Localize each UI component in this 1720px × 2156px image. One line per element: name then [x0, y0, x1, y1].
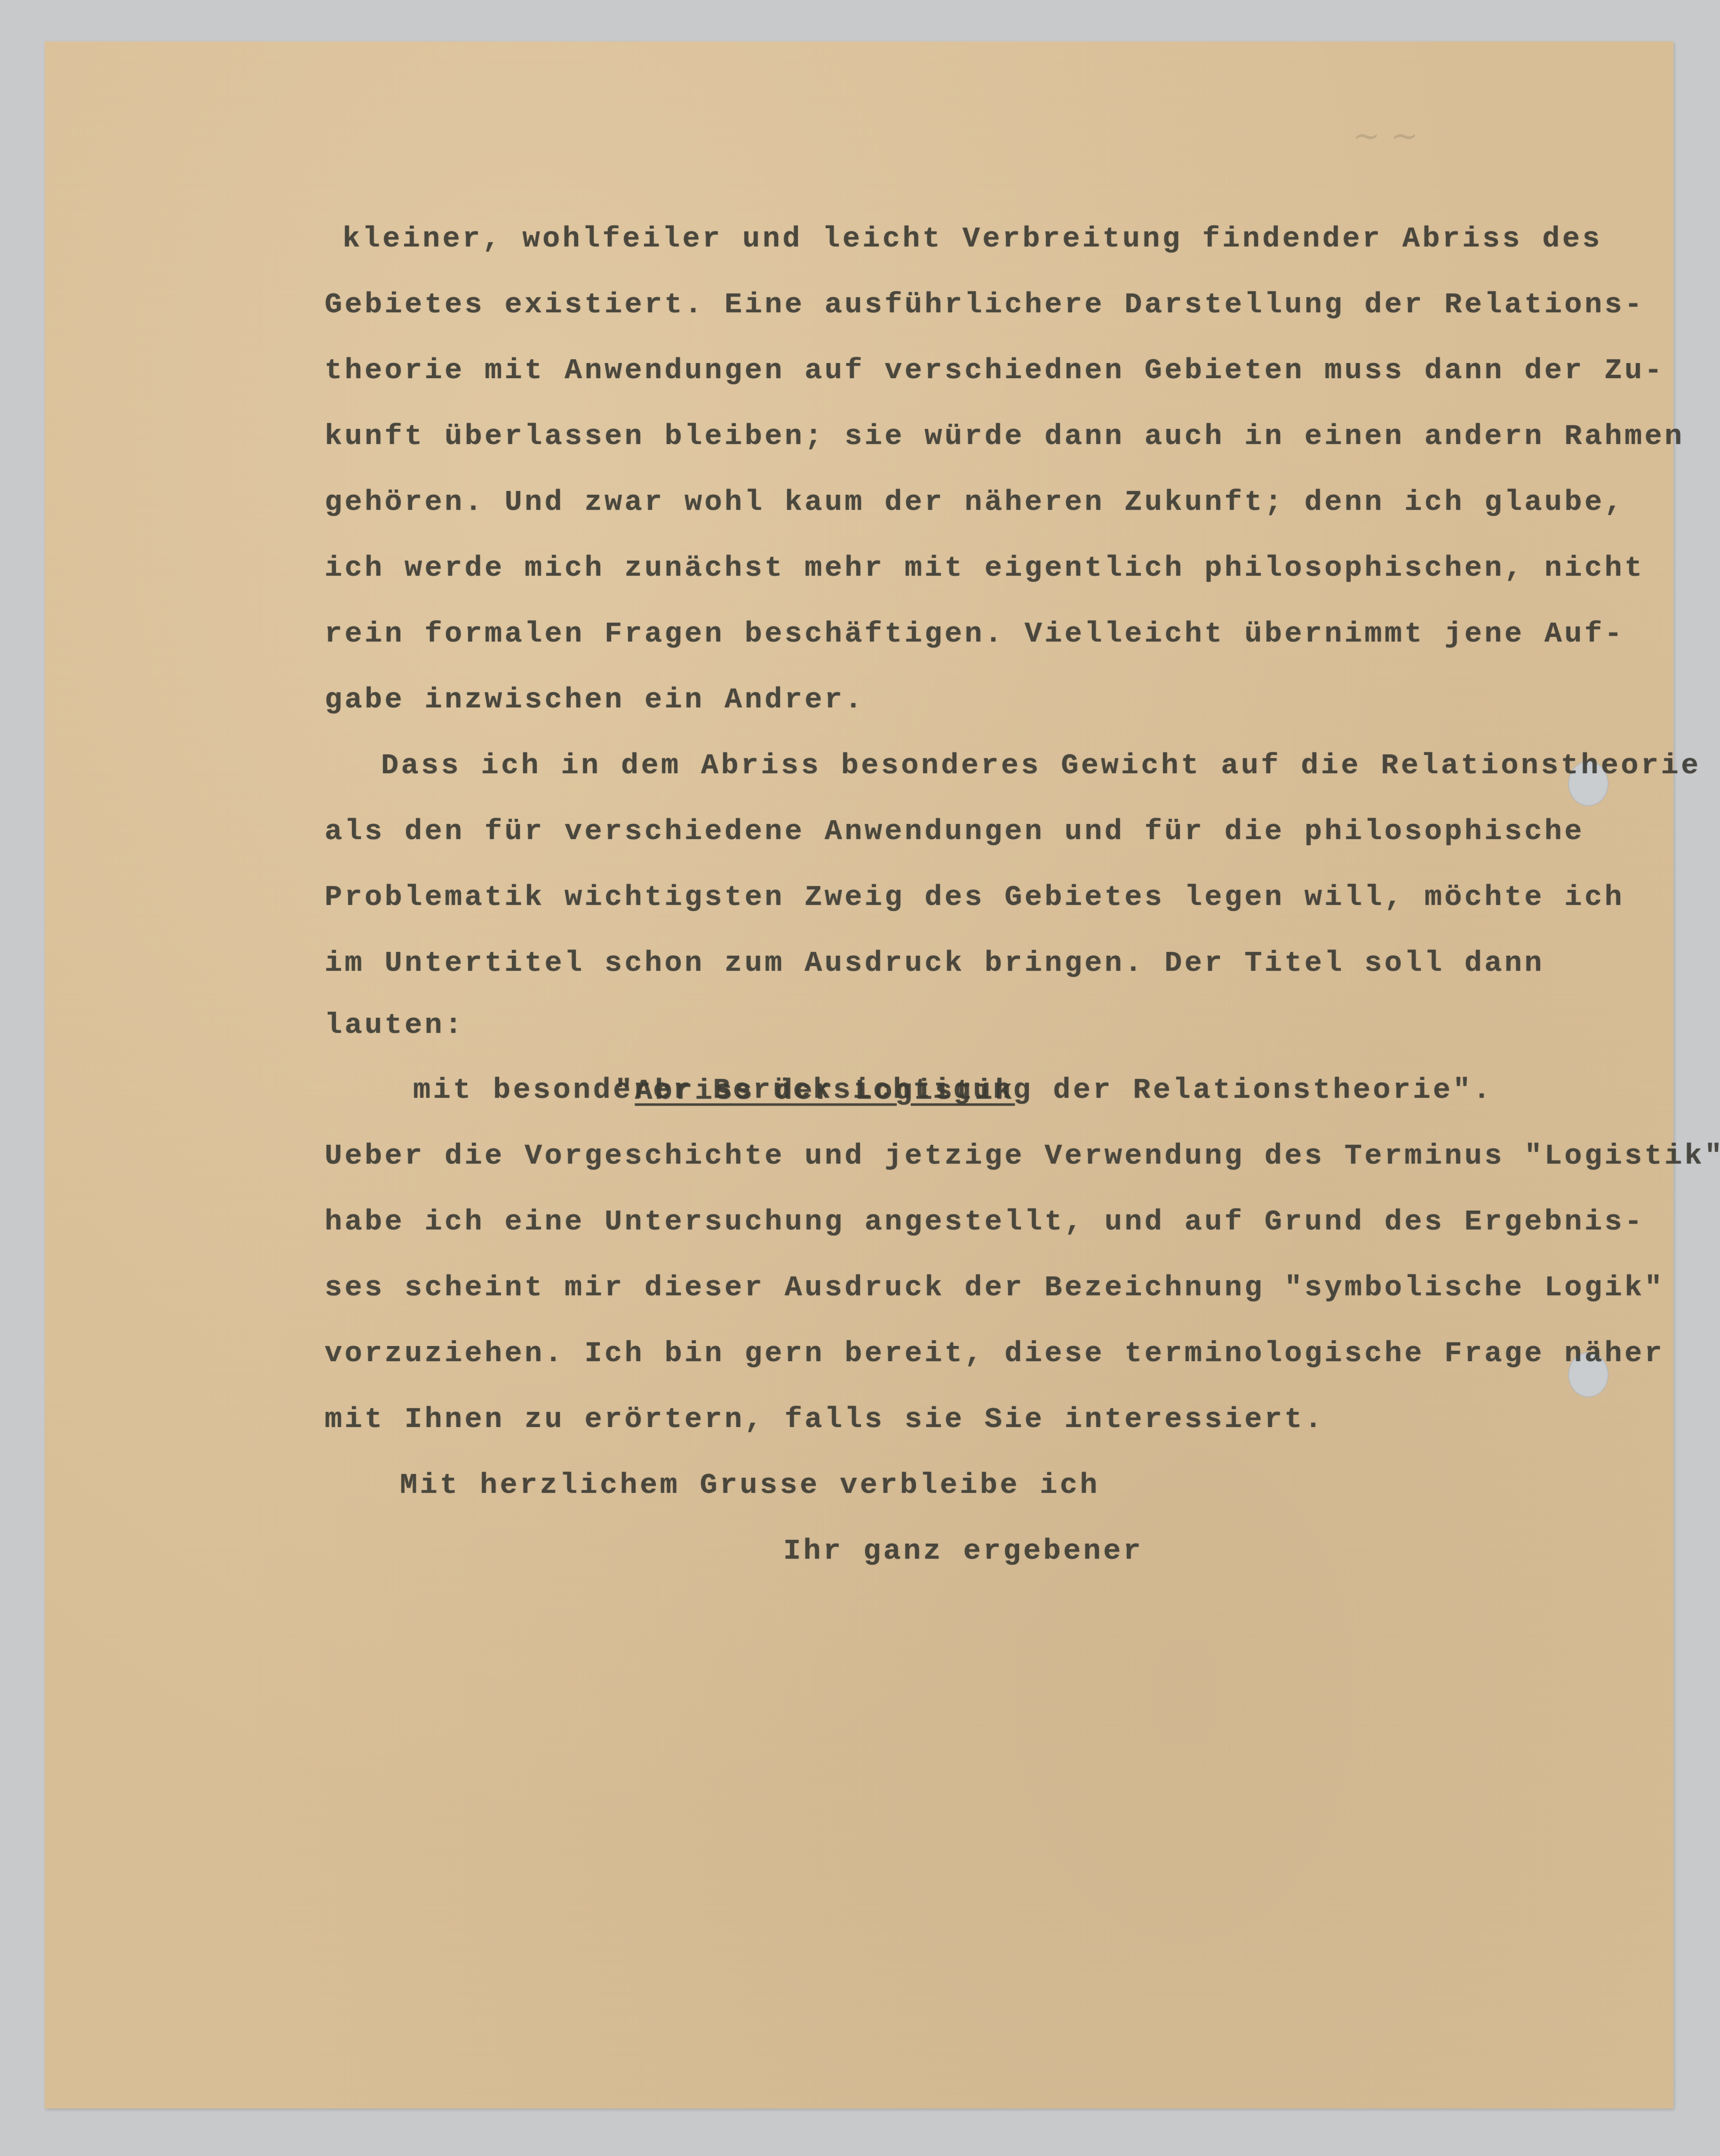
text-line: gehören. Und zwar wohl kaum der näheren … [325, 484, 1624, 521]
text-line: rein formalen Fragen beschäftigen. Viell… [325, 615, 1624, 653]
text-line: mit Ihnen zu erörtern, falls sie Sie int… [325, 1401, 1324, 1438]
text-line: vorzuziehen. Ich bin gern bereit, diese … [325, 1335, 1664, 1372]
text-line: lauten: [325, 1007, 465, 1044]
text-line: ich werde mich zunächst mehr mit eigentl… [325, 549, 1644, 587]
text-line: Dass ich in dem Abriss besonderes Gewich… [381, 747, 1701, 785]
closing-line: Mit herzlichem Grusse verbleibe ich [400, 1466, 1100, 1504]
text-line: Problematik wichtigsten Zweig des Gebiet… [325, 879, 1624, 916]
text-line: theorie mit Anwendungen auf verschiednen… [325, 352, 1664, 389]
text-line: habe ich eine Untersuchung angestellt, u… [325, 1203, 1644, 1241]
text-line: im Untertitel schon zum Ausdruck bringen… [325, 944, 1545, 982]
signoff-line: Ihr ganz ergebener [783, 1532, 1143, 1570]
text-line: ses scheint mir dieser Ausdruck der Beze… [325, 1269, 1664, 1307]
pencil-annotation: ~ ~ [1353, 117, 1418, 155]
text-line: Ueber die Vorgeschichte und jetzige Verw… [325, 1137, 1720, 1175]
text-line: Gebietes existiert. Eine ausführlichere … [325, 286, 1644, 324]
text-line: gabe inzwischen ein Andrer. [325, 681, 865, 719]
book-subtitle: mit besonderer Berücksichtigung der Rela… [413, 1071, 1493, 1109]
text-line: als den für verschiedene Anwendungen und… [325, 813, 1585, 850]
text-line: kleiner, wohlfeiler und leicht Verbreitu… [342, 220, 1602, 258]
text-line: kunft überlassen bleiben; sie würde dann… [325, 418, 1684, 455]
